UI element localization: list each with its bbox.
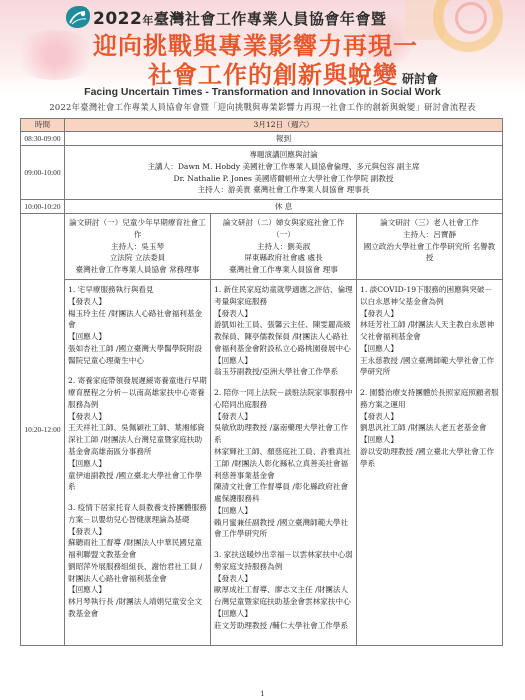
time-cell: 10:00-10:20: [21, 200, 65, 214]
presenter: 歐厚成社工督導、廖志文主任 /財團法人台灣兒童暨家庭扶助基金會雲林家扶中心: [214, 584, 353, 608]
respondent-label: 【回應人】: [68, 331, 207, 343]
panel-host: 主持人：吳玉琴: [69, 241, 206, 253]
keynote-title: 專題演講回應與討論: [65, 149, 502, 161]
decorative-shape: [10, 30, 100, 80]
respondent: 莊文芳助理教授 /輔仁大學社會工作學系: [214, 620, 353, 632]
paper-item: 2. 陪你一同上法院－談駐法院家事服務中心陪同出庭服務 【發表人】 吳敏欣助理教…: [214, 387, 353, 540]
panel-body-1: 1. 宅早療服務執行與看見 【發表人】 楊玉玲主任 /財團法人心路社會福利基金會…: [65, 280, 211, 645]
paper-item: 2. 園藝治療支持團體於長照家庭照顧者服務方案之運用 【發表人】 劉思汎社工師 …: [360, 387, 499, 469]
respondent: 林月琴執行長 /財團法人靖娟兒童安全文教基金會: [68, 596, 207, 620]
panel-header-1: 論文研討（一）兒童少年早期療育社會工作 主持人：吳玉琴 立法院 立法委員 臺灣社…: [65, 214, 211, 280]
panel-body-3: 1. 談COVID-19下服務的困應與突破－以白永恩神父基金會為例 【發表人】 …: [357, 280, 503, 645]
paper-item: 1. 宅早療服務執行與看見 【發表人】 楊玉玲主任 /財團法人心路社會福利基金會…: [68, 284, 207, 366]
panel-header-3: 論文研討（三）老人社會工作 主持人：呂寶靜 國立政治大學社會工作學研究所 名譽教…: [357, 214, 503, 280]
time-cell: 09:00-10:00: [21, 146, 65, 200]
paper-title: 1. 宅早療服務執行與看見: [68, 284, 207, 296]
respondent: 張如杏社工師 /國立臺灣大學醫學院附設醫院兒童心理衛生中心: [68, 343, 207, 367]
panel-host-title: 國立政治大學社會工作學研究所 名譽教授: [361, 241, 498, 265]
respondent: 王永慈教授 /國立臺灣師範大學社會工作學研究所: [360, 355, 499, 379]
presenter-label: 【發表人】: [360, 411, 499, 423]
paper-title: 1. 談COVID-19下服務的困應與突破－以白永恩神父基金會為例: [360, 284, 499, 308]
presenter: 劉思汎社工師 /財團法人老五老基金會: [360, 422, 499, 434]
respondent-label: 【回應人】: [214, 608, 353, 620]
english-subtitle: Facing Uncertain Times - Transformation …: [0, 86, 525, 98]
presenter-label: 【發表人】: [214, 411, 353, 423]
presenter-label: 【發表人】: [214, 308, 353, 320]
theme-title: 社會工作的創新與蛻變: [148, 61, 398, 89]
keynote-speaker-2: Dr. Nathalie P. Jones 美國塔爾頓州立大學社會工作學院 副教…: [65, 173, 502, 185]
table-row: 09:00-10:00 專題演講回應與討論 主講人：Dawn M. Hobdy …: [21, 146, 503, 200]
agenda-cell: 休 息: [65, 200, 503, 214]
schedule-table: 時間 3月12日（週六） 08:30-09:00 報到 09:00-10:00 …: [20, 118, 503, 646]
keynote-cell: 專題演講回應與討論 主講人：Dawn M. Hobdy 美國社會工作專業人員協會…: [65, 146, 503, 200]
column-header-date: 3月12日（週六）: [65, 119, 503, 132]
presenter: 林家輝社工師、顏慈庭社工員、許雅真社工師 /財團法人彰化縣私立真善美社會福利慈善…: [214, 446, 353, 481]
table-header-row: 時間 3月12日（週六）: [21, 119, 503, 132]
paper-item: 1. 談COVID-19下服務的困應與突破－以白永恩神父基金會為例 【發表人】 …: [360, 284, 499, 378]
paper-title: 2. 陪你一同上法院－談駐法院家事服務中心陪同出庭服務: [214, 387, 353, 411]
panel-header-2: 論文研討（二）婦女與家庭社會工作（一） 主持人：劉美淑 屏東縣政府社會處 處長 …: [211, 214, 357, 280]
respondent-label: 【回應人】: [214, 505, 353, 517]
respondent: 翁玉芬副教授/亞洲大學社會工作學系: [214, 366, 353, 378]
keynote-speaker-1: 主講人：Dawn M. Hobdy 美國社會工作專業人員協會倫理、多元與包容 副…: [65, 161, 502, 173]
panel-body-2: 1. 新住民家庭幼童就學適應之評估、倫理考量與家庭服務 【發表人】 游凱如社工員…: [211, 280, 357, 645]
column-header-time: 時間: [21, 119, 65, 132]
panel-host: 主持人：劉美淑: [215, 241, 352, 253]
respondent: 童伊迪副教授 /國立臺北大學社會工作學系: [68, 470, 207, 494]
presenter: 楊玉玲主任 /財團法人心路社會福利基金會: [68, 308, 207, 332]
association-logo-icon: [66, 6, 90, 28]
paper-title: 2. 園藝治療支持團體於長照家庭照顧者服務方案之運用: [360, 387, 499, 411]
panel-host-title: 臺灣社會工作專業人員協會 常務理事: [69, 264, 206, 276]
paper-title: 3. 疫情下居家托育人員教養支持團體服務方案－以嬰幼兒心智健康理論為基礎: [68, 502, 207, 526]
respondent-label: 【回應人】: [214, 355, 353, 367]
table-row: 08:30-09:00 報到: [21, 132, 503, 146]
panel-host-title: 立法院 立法委員: [69, 252, 206, 264]
event-title-line3: 社會工作的創新與蛻變研討會: [148, 55, 438, 90]
panel-title: 論文研討（二）婦女與家庭社會工作（一）: [215, 217, 352, 241]
respondent: 賴月蜜兼任副教授 /國立臺灣師範大學社會工作學研究所: [214, 517, 353, 541]
paper-item: 3. 家扶送暖炒出幸福－以雲林家扶中心弱勢家庭支持服務為例 【發表人】 歐厚成社…: [214, 549, 353, 631]
time-cell: 10:20-12:00: [21, 214, 65, 645]
paper-title: 1. 新住民家庭幼童就學適應之評估、倫理考量與家庭服務: [214, 284, 353, 308]
presenter: 林廷芳社工師 /財團法人天主教白永恩神父社會福利基金會: [360, 319, 499, 343]
presenter: 蘇聽雨社工督導 /財團法人中華民國兒童福利聯盟文教基金會: [68, 537, 207, 561]
respondent-label: 【回應人】: [68, 584, 207, 596]
presenter: 王天祥社工師、吳佩穎社工師、葉湘郁資深社工師 /財團法人台灣兒童暨家庭扶助基金會…: [68, 422, 207, 457]
time-cell: 08:30-09:00: [21, 132, 65, 146]
panel-body-row: 1. 宅早療服務執行與看見 【發表人】 楊玉玲主任 /財團法人心路社會福利基金會…: [21, 280, 503, 645]
respondent-label: 【回應人】: [360, 434, 499, 446]
panel-host-title: 屏東縣政府社會處 處長: [215, 252, 352, 264]
presenter: 陳清文社會工作督導員 /彰化縣政府社會處保護服務科: [214, 481, 353, 505]
paper-title: 3. 家扶送暖炒出幸福－以雲林家扶中心弱勢家庭支持服務為例: [214, 549, 353, 573]
paper-item: 1. 新住民家庭幼童就學適應之評估、倫理考量與家庭服務 【發表人】 游凱如社工員…: [214, 284, 353, 378]
panel-host-title: 臺灣社會工作專業人員協會 理事: [215, 264, 352, 276]
presenter: 游凱如社工員、張馨云主任、陳雯麗高級教保員、陳亭儒教保員 /財團法人心路社會福利…: [214, 319, 353, 354]
presenter-label: 【發表人】: [214, 573, 353, 585]
seminar-label: 研討會: [402, 72, 438, 86]
panel-header-row: 10:20-12:00 論文研討（一）兒童少年早期療育社會工作 主持人：吳玉琴 …: [21, 214, 503, 280]
respondent-label: 【回應人】: [68, 458, 207, 470]
panel-title: 論文研討（三）老人社會工作: [361, 217, 498, 229]
schedule-caption: 2022年臺灣社會工作專業人員協會年會暨「迎向挑戰與專業影響力再現一社會工作的創…: [0, 101, 525, 113]
table-row: 10:00-10:20 休 息: [21, 200, 503, 214]
presenter: 劉昭萍外展服務組組長、謝怡君社工員 /財團法人心路社會福利基金會: [68, 561, 207, 585]
respondent-label: 【回應人】: [360, 343, 499, 355]
paper-item: 2. 寄養家庭帶領發展遲緩寄養童進行早期療育歷程之分析－以南高雄家扶中心寄養服務…: [68, 375, 207, 493]
respondent: 游以安助理教授 /國立臺北大學社會工作學系: [360, 446, 499, 470]
paper-item: 3. 疫情下居家托育人員教養支持團體服務方案－以嬰幼兒心智健康理論為基礎 【發表…: [68, 502, 207, 620]
presenter-label: 【發表人】: [360, 308, 499, 320]
agenda-cell: 報到: [65, 132, 503, 146]
presenter-label: 【發表人】: [68, 411, 207, 423]
paper-title: 2. 寄養家庭帶領發展遲緩寄養童進行早期療育歷程之分析－以南高雄家扶中心寄養服務…: [68, 375, 207, 410]
presenter-label: 【發表人】: [68, 526, 207, 538]
page-number: 1: [0, 690, 525, 698]
decorative-ring: [455, 2, 487, 34]
presenter: 吳敏欣助理教授 /嘉南藥理大學社會工作系: [214, 422, 353, 446]
panel-host: 主持人：呂寶靜: [361, 229, 498, 241]
keynote-host: 主持人：游美貴 臺灣社會工作專業人員協會 理事長: [65, 184, 502, 196]
panel-title: 論文研討（一）兒童少年早期療育社會工作: [69, 217, 206, 241]
presenter-label: 【發表人】: [68, 296, 207, 308]
